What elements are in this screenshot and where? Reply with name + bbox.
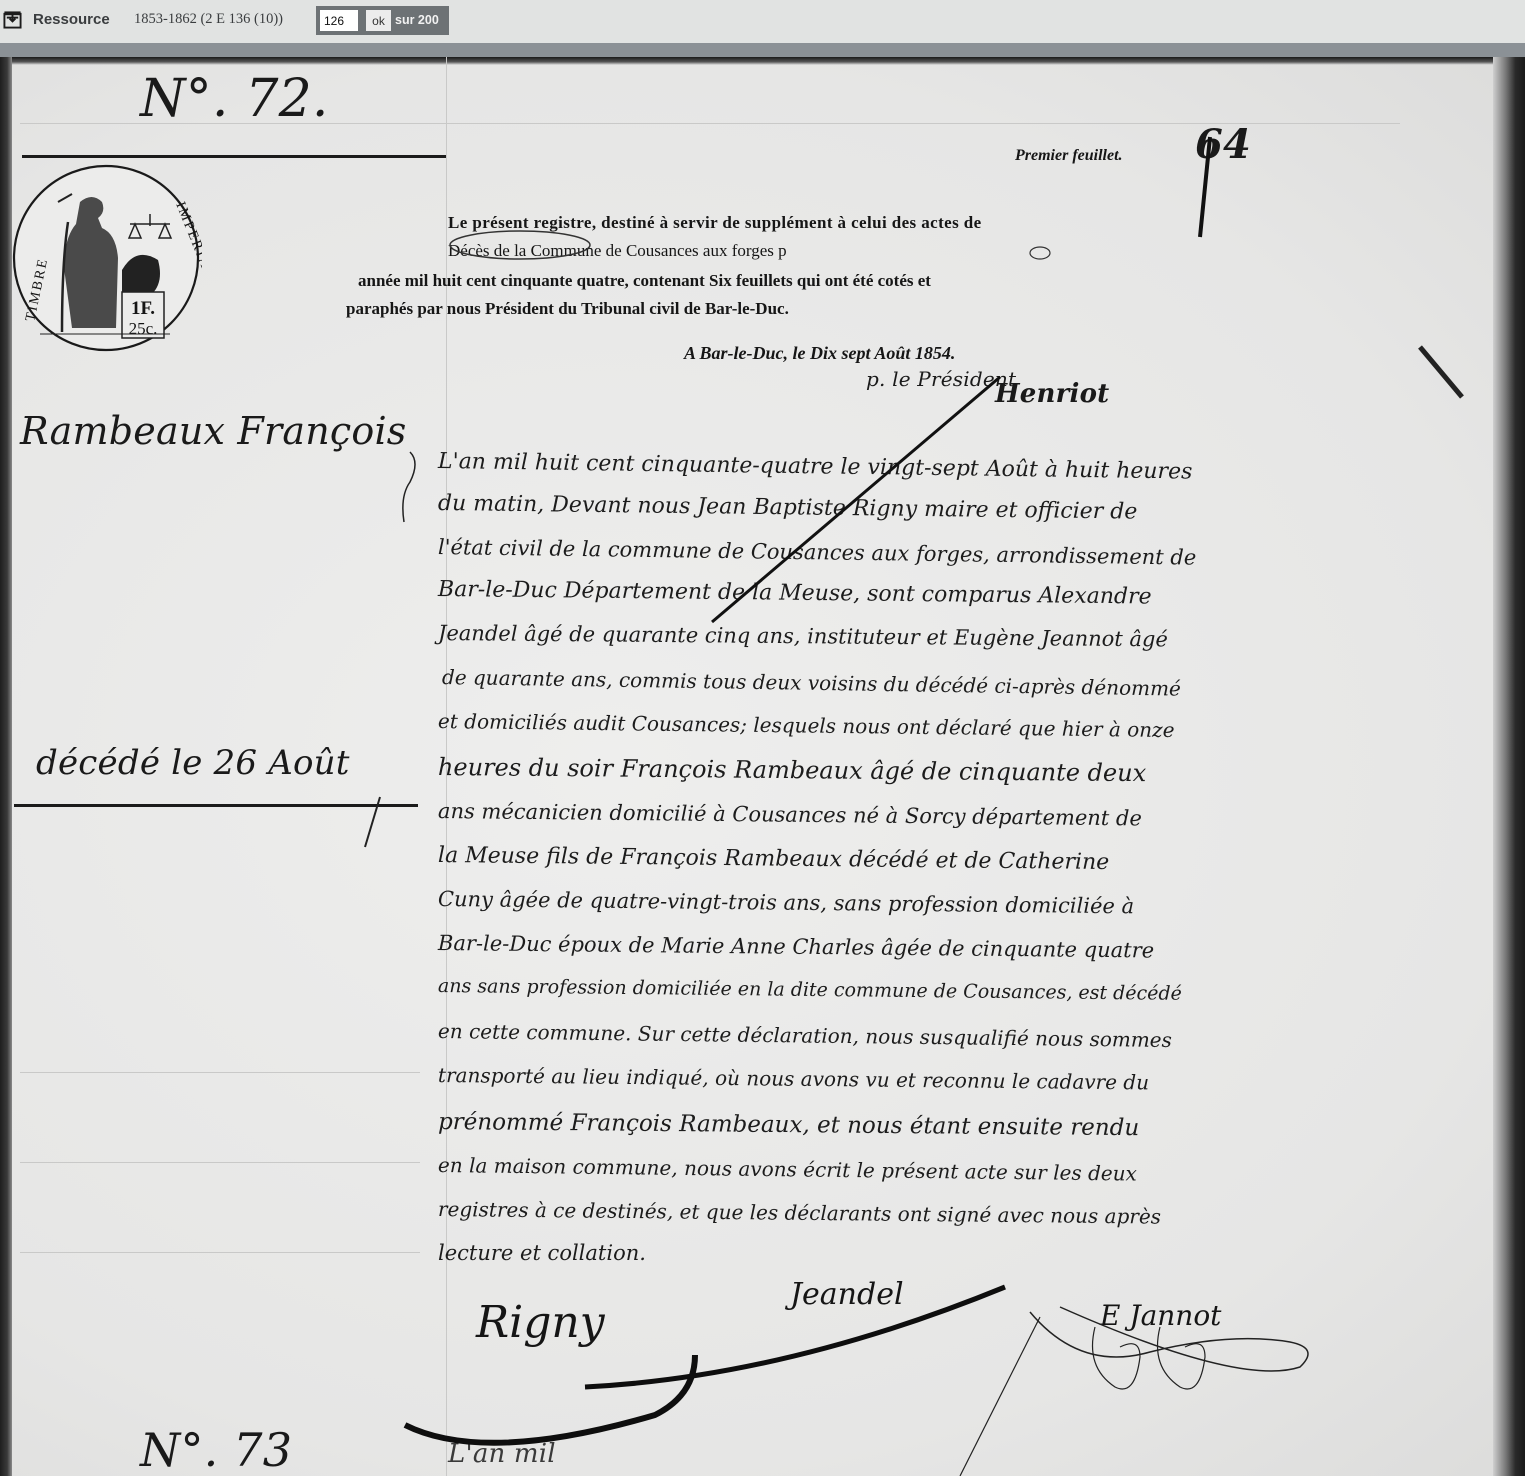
president-line: p. le Président [866,367,1016,391]
preamble-line-3: année mil huit cent cinquante quatre, co… [358,271,931,291]
preamble-line-4: paraphés par nous Président du Tribunal … [346,299,789,319]
viewer-toolbar: Ressource 1853-1862 (2 E 136 (10)) ok su… [0,0,1525,43]
margin-death-note: décédé le 26 Août [36,743,350,783]
next-act-number: N°. 73 [140,1423,292,1476]
ruled-line [20,1162,420,1163]
next-act-start: L'an mil [448,1439,556,1469]
margin-name: Rambeaux François [20,409,407,453]
mayor-signature: Rigny [476,1297,605,1348]
page-navigator: ok sur 200 [316,6,449,35]
archive-box-icon [3,10,22,29]
page-number-input[interactable] [320,10,358,31]
folio-mark: 64 [1195,121,1251,168]
preamble-line-1: Le présent registre, destiné à servir de… [448,213,982,233]
binding-edge-right [1493,57,1525,1476]
premier-feuillet-label: Premier feuillet. [1015,147,1123,165]
toolbar-divider [0,43,1525,57]
ruled-line [20,1252,420,1253]
date-line: A Bar-le-Duc, le Dix sept Août 1854. [684,343,955,364]
declarant-1-signature: Jeandel [790,1277,904,1312]
preamble-line-2: Décès de la Commune de Cousances aux for… [448,241,787,261]
go-to-page-button[interactable]: ok [366,10,391,31]
resource-description: 1853-1862 (2 E 136 (10)) [134,11,283,28]
margin-death-underline [14,804,418,807]
document-viewer[interactable]: N°. 72. 1F. 25c. TIMBRE IMPERIAL. Premie… [0,57,1525,1476]
page-top-edge [0,57,1525,65]
act-number-underline [22,155,446,158]
body-line: lecture et collation. [438,1241,646,1265]
imperial-stamp-icon: 1F. 25c. TIMBRE IMPERIAL. [10,162,202,354]
stamp-value-bottom: 25c. [129,319,158,338]
president-signature: Henriot [995,379,1109,409]
declarant-2-signature: E Jannot [1100,1299,1221,1332]
act-number: N°. 72. [140,69,329,129]
total-pages-label: sur 200 [395,13,439,27]
stamp-value-top: 1F. [131,298,155,319]
ruled-line [20,1072,420,1073]
resource-label: Ressource [33,11,110,28]
